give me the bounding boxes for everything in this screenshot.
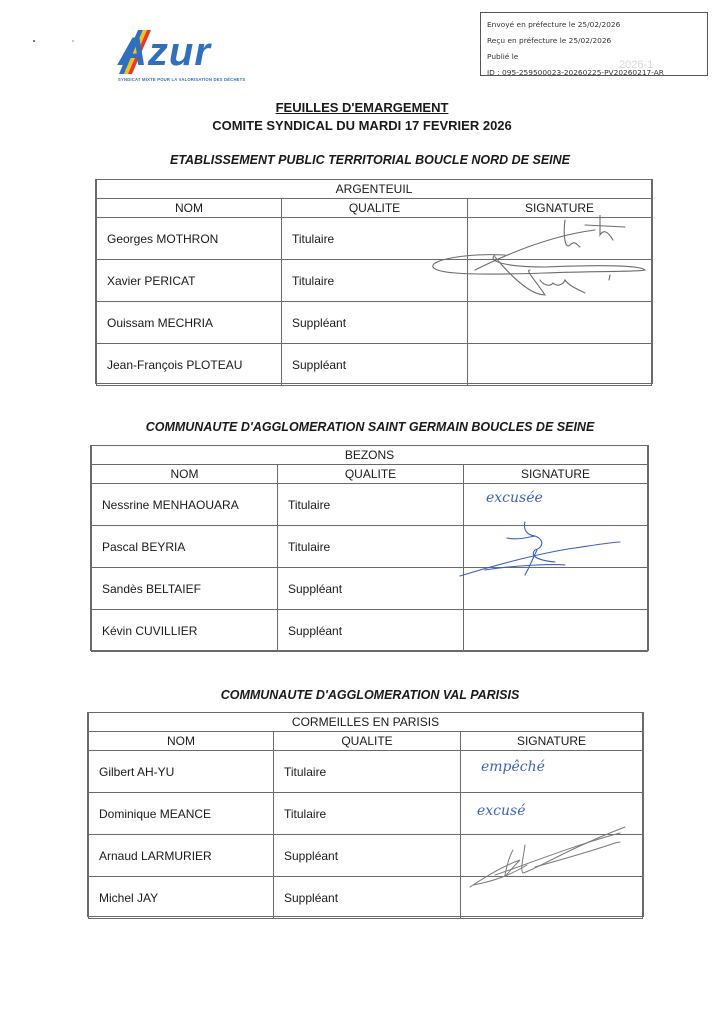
section-title: COMMUNAUTE D'AGGLOMERATION SAINT GERMAIN… [0,420,724,434]
document-title: FEUILLES D'EMARGEMENT [0,100,724,115]
logo-tagline: SYNDICAT MIXTE POUR LA VALORISATION DES … [118,77,245,82]
signature-cell[interactable] [468,218,652,260]
col-header-name: NOM [92,465,278,484]
table-row: Kévin CUVILLIER Suppléant [92,610,648,652]
signature-cell[interactable] [464,610,648,652]
signature-cell[interactable] [461,835,643,877]
member-name: Sandès BELTAIEF [92,568,278,610]
attendance-table: CORMEILLES EN PARISIS NOM QUALITE SIGNAT… [87,712,644,917]
logo-wordmark: Azur [118,30,211,74]
table-row: Michel JAY Suppléant [89,877,643,919]
member-name: Jean-François PLOTEAU [97,344,282,386]
commune-name: CORMEILLES EN PARISIS [89,713,643,732]
azur-logo: Azur SYNDICAT MIXTE POUR LA VALORISATION… [118,30,268,86]
stamp-sent: Envoyé en préfecture le 25/02/2026 [487,17,701,33]
member-role: Suppléant [274,877,461,919]
stamp-received: Reçu en préfecture le 25/02/2026 [487,33,701,49]
signature-cell[interactable] [461,877,643,919]
member-role: Suppléant [282,344,468,386]
member-role: Titulaire [282,218,468,260]
stamp-watermark: 2026-1 [619,57,653,73]
member-role: Titulaire [274,793,461,835]
member-role: Suppléant [274,835,461,877]
col-header-signature: SIGNATURE [464,465,648,484]
table-row: Ouissam MECHRIA Suppléant [97,302,652,344]
stamp-id: ID : 095-259500023-20260225-PV20260217-A… [487,65,701,81]
member-name: Gilbert AH-YU [89,751,274,793]
member-name: Arnaud LARMURIER [89,835,274,877]
member-role: Titulaire [278,484,464,526]
signature-cell[interactable]: empêché [461,751,643,793]
member-role: Titulaire [282,260,468,302]
attendance-table: BEZONS NOM QUALITE SIGNATURE Nessrine ME… [90,445,649,651]
table-row: Jean-François PLOTEAU Suppléant [97,344,652,386]
table-row: Xavier PERICAT Titulaire [97,260,652,302]
table-row: Nessrine MENHAOUARA Titulaire excusée [92,484,648,526]
scan-speck [72,40,74,42]
col-header-signature: SIGNATURE [461,732,643,751]
section-title: ETABLISSEMENT PUBLIC TERRITORIAL BOUCLE … [0,153,724,167]
member-name: Pascal BEYRIA [92,526,278,568]
commune-name: ARGENTEUIL [97,180,652,199]
stamp-published: Publié le [487,49,701,65]
table-row: Dominique MEANCE Titulaire excusé [89,793,643,835]
member-role: Suppléant [278,610,464,652]
member-name: Georges MOTHRON [97,218,282,260]
col-header-signature: SIGNATURE [468,199,652,218]
signature-cell[interactable]: excusé [461,793,643,835]
col-header-name: NOM [97,199,282,218]
signature-cell[interactable] [464,568,648,610]
commune-name: BEZONS [92,446,648,465]
table-row: Sandès BELTAIEF Suppléant [92,568,648,610]
prefecture-stamp: Envoyé en préfecture le 25/02/2026 Reçu … [480,12,708,76]
col-header-name: NOM [89,732,274,751]
attendance-table: ARGENTEUIL NOM QUALITE SIGNATURE Georges… [95,179,653,384]
signature-cell[interactable] [468,260,652,302]
col-header-role: QUALITE [274,732,461,751]
col-header-role: QUALITE [282,199,468,218]
signature-cell[interactable] [464,526,648,568]
member-role: Titulaire [278,526,464,568]
document-subtitle: COMITE SYNDICAL DU MARDI 17 FEVRIER 2026 [0,118,724,133]
table-row: Gilbert AH-YU Titulaire empêché [89,751,643,793]
member-role: Suppléant [282,302,468,344]
member-name: Ouissam MECHRIA [97,302,282,344]
member-role: Suppléant [278,568,464,610]
member-name: Nessrine MENHAOUARA [92,484,278,526]
table-row: Georges MOTHRON Titulaire [97,218,652,260]
scan-speck [33,40,35,42]
signature-note: excusée [486,490,543,506]
table-row: Arnaud LARMURIER Suppléant [89,835,643,877]
member-name: Xavier PERICAT [97,260,282,302]
member-name: Michel JAY [89,877,274,919]
signature-cell[interactable] [468,344,652,386]
signature-note: empêché [481,759,545,775]
signature-note: excusé [477,803,526,819]
col-header-role: QUALITE [278,465,464,484]
section-title: COMMUNAUTE D'AGGLOMERATION VAL PARISIS [0,688,724,702]
table-row: Pascal BEYRIA Titulaire [92,526,648,568]
member-name: Kévin CUVILLIER [92,610,278,652]
member-name: Dominique MEANCE [89,793,274,835]
member-role: Titulaire [274,751,461,793]
signature-cell[interactable]: excusée [464,484,648,526]
signature-cell[interactable] [468,302,652,344]
